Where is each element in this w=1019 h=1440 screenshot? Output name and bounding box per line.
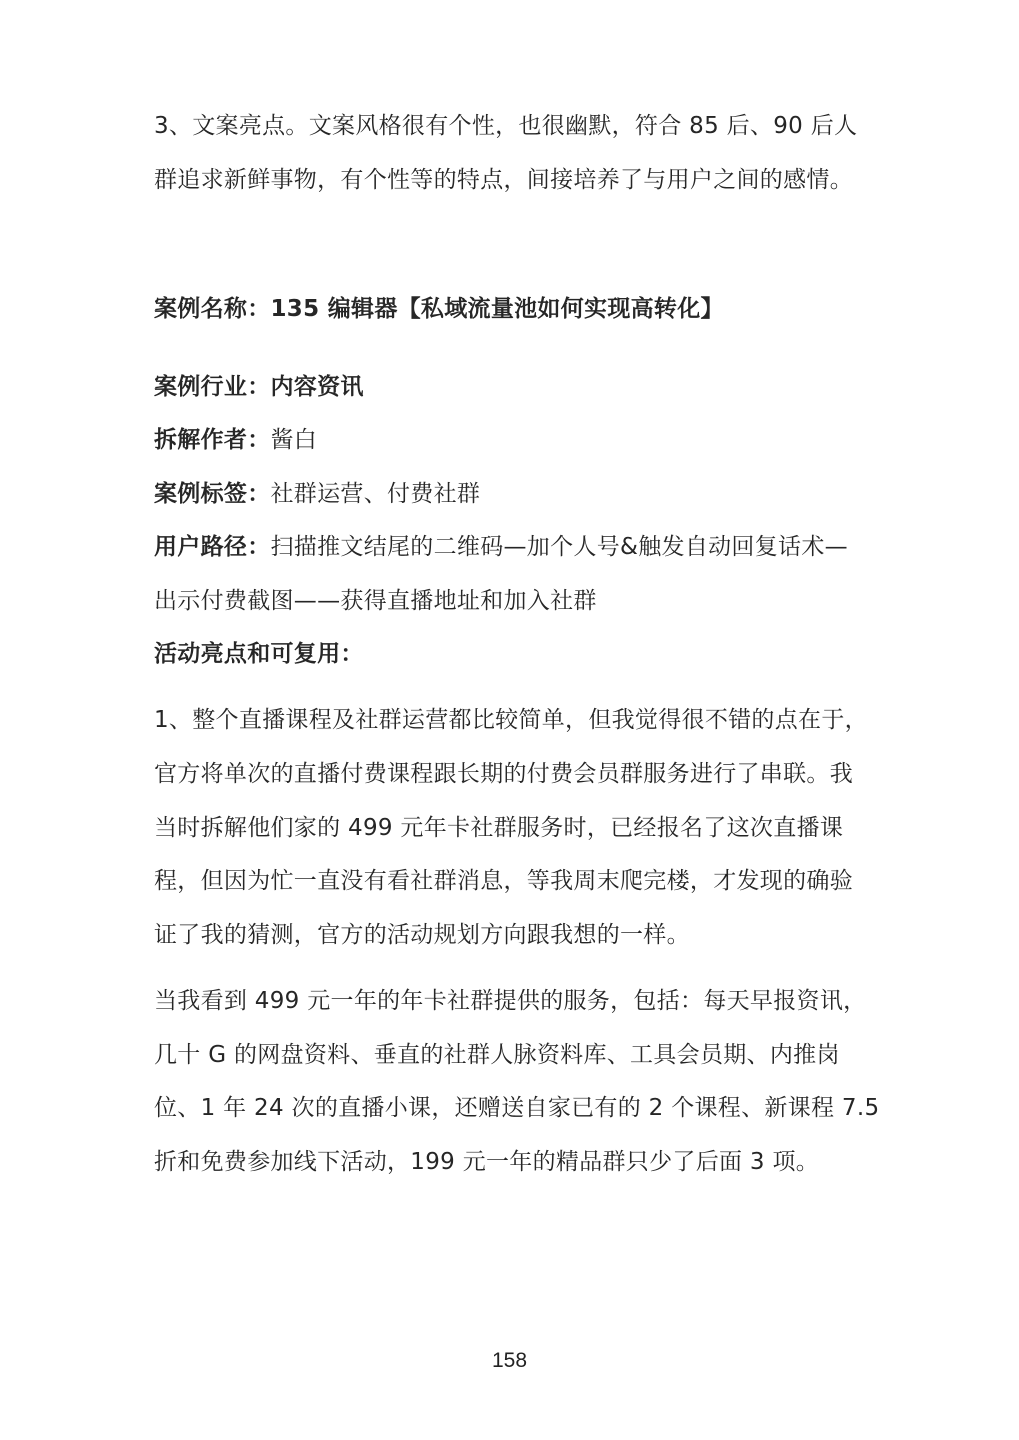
- document-page: 3、文案亮点。文案风格很有个性，也很幽默，符合 85 后、90 后人 群追求新鲜…: [0, 0, 1019, 1440]
- case-author-label: 拆解作者：: [154, 427, 271, 453]
- case-highlights-label: 活动亮点和可复用：: [154, 639, 364, 669]
- case-author-value: 酱白: [271, 427, 318, 453]
- case-user-path-line-2: 出示付费截图——获得直播地址和加入社群: [154, 586, 597, 616]
- case-industry-label: 案例行业：: [154, 374, 271, 400]
- case-name: 案例名称：135 编辑器【私域流量池如何实现高转化】: [154, 294, 724, 324]
- case-industry: 案例行业：内容资讯: [154, 372, 364, 402]
- case-author: 拆解作者：酱白: [154, 425, 317, 455]
- case-name-value: 135 编辑器【私域流量池如何实现高转化】: [271, 296, 724, 322]
- case-industry-value: 内容资讯: [271, 374, 364, 400]
- highlight-2-line-1: 当我看到 499 元一年的年卡社群提供的服务，包括：每天早报资讯，: [154, 986, 866, 1016]
- case-tags-label: 案例标签：: [154, 481, 271, 507]
- case-user-path-line-1: 扫描推文结尾的二维码—加个人号&触发自动回复话术—: [271, 534, 848, 560]
- case-user-path-label: 用户路径：: [154, 534, 271, 560]
- highlight-1-line-5: 证了我的猜测，官方的活动规划方向跟我想的一样。: [154, 920, 690, 950]
- page-number: 158: [0, 1348, 1019, 1374]
- paragraph-3-line-1: 3、文案亮点。文案风格很有个性，也很幽默，符合 85 后、90 后人: [154, 111, 857, 141]
- paragraph-3-line-2: 群追求新鲜事物，有个性等的特点，间接培养了与用户之间的感情。: [154, 165, 853, 195]
- highlight-2-line-3: 位、1 年 24 次的直播小课，还赠送自家已有的 2 个课程、新课程 7.5: [154, 1093, 879, 1123]
- highlight-1-line-1: 1、整个直播课程及社群运营都比较简单，但我觉得很不错的点在于，: [154, 705, 868, 735]
- highlight-1-line-4: 程，但因为忙一直没有看社群消息，等我周末爬完楼，才发现的确验: [154, 866, 853, 896]
- case-tags-value: 社群运营、付费社群: [271, 481, 481, 507]
- highlight-1-line-2: 官方将单次的直播付费课程跟长期的付费会员群服务进行了串联。我: [154, 759, 853, 789]
- case-tags: 案例标签：社群运营、付费社群: [154, 479, 480, 509]
- highlight-1-line-3: 当时拆解他们家的 499 元年卡社群服务时，已经报名了这次直播课: [154, 813, 843, 843]
- case-user-path: 用户路径：扫描推文结尾的二维码—加个人号&触发自动回复话术—: [154, 532, 848, 562]
- highlight-2-line-4: 折和免费参加线下活动，199 元一年的精品群只少了后面 3 项。: [154, 1147, 819, 1177]
- highlight-2-line-2: 几十 G 的网盘资料、垂直的社群人脉资料库、工具会员期、内推岗: [154, 1040, 840, 1070]
- case-name-label: 案例名称：: [154, 296, 271, 322]
